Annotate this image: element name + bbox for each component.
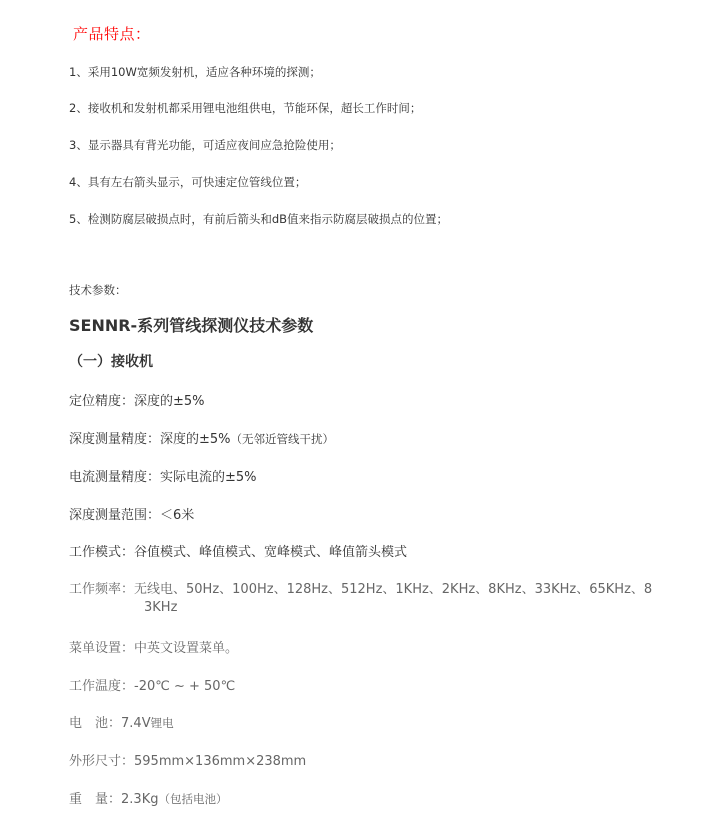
spec-value: 2.3Kg — [121, 792, 158, 807]
spec-value: 实际电流的±5% — [160, 470, 257, 485]
spec-battery: 电 池：7.4V锂电 — [69, 712, 174, 731]
spec-value: 中英文设置菜单。 — [134, 641, 238, 656]
spec-value: ＜6米 — [160, 508, 194, 523]
spec-value: -20℃ ~ + 50℃ — [134, 679, 235, 694]
spec-work-frequency-continued: 3KHz — [144, 600, 177, 615]
feature-item: 2、接收机和发射机都采用锂电池组供电，节能环保，超长工作时间； — [69, 100, 421, 116]
spec-document-title: SENNR-系列管线探测仪技术参数 — [69, 313, 313, 336]
spec-work-frequency: 工作频率：无线电、50Hz、100Hz、128Hz、512Hz、1KHz、2KH… — [69, 578, 652, 597]
feature-item: 1、采用10W宽频发射机，适应各种环境的探测； — [69, 64, 321, 80]
spec-dimensions: 外形尺寸：595mm×136mm×238mm — [69, 750, 306, 769]
spec-key: 定位精度： — [69, 394, 134, 409]
spec-value: 深度的±5% — [160, 432, 231, 447]
feature-item: 5、检测防腐层破损点时，有前后箭头和dB值来指示防腐层破损点的位置； — [69, 211, 448, 227]
spec-key: 工作频率： — [69, 582, 134, 597]
spec-note: （无邻近管线干扰） — [231, 432, 335, 446]
feature-item: 3、显示器具有背光功能，可适应夜间应急抢险使用； — [69, 137, 341, 153]
spec-value: 深度的±5% — [134, 394, 205, 409]
spec-key: 深度测量范围： — [69, 508, 160, 523]
spec-depth-accuracy: 深度测量精度：深度的±5%（无邻近管线干扰） — [69, 428, 334, 447]
spec-work-temperature: 工作温度：-20℃ ~ + 50℃ — [69, 675, 235, 694]
spec-note: 锂电 — [151, 716, 174, 730]
spec-value: 无线电、50Hz、100Hz、128Hz、512Hz、1KHz、2KHz、8KH… — [134, 582, 652, 597]
spec-depth-range: 深度测量范围：＜6米 — [69, 504, 194, 523]
tech-params-label: 技术参数： — [69, 282, 127, 298]
spec-key: 工作模式： — [69, 545, 134, 560]
feature-item: 4、具有左右箭头显示，可快速定位管线位置； — [69, 174, 306, 190]
spec-key: 外形尺寸： — [69, 754, 134, 769]
spec-key: 重 量： — [69, 792, 121, 807]
spec-value: 595mm×136mm×238mm — [134, 754, 306, 769]
features-title: 产品特点： — [73, 23, 151, 44]
spec-work-mode: 工作模式：谷值模式、峰值模式、宽峰模式、峰值箭头模式 — [69, 541, 407, 560]
spec-value: 谷值模式、峰值模式、宽峰模式、峰值箭头模式 — [134, 545, 407, 560]
spec-key: 电流测量精度： — [69, 470, 160, 485]
spec-key: 深度测量精度： — [69, 432, 160, 447]
spec-positioning-accuracy: 定位精度：深度的±5% — [69, 390, 205, 409]
spec-menu-setting: 菜单设置：中英文设置菜单。 — [69, 637, 238, 656]
receiver-section-title: （一）接收机 — [69, 351, 153, 371]
spec-value: 7.4V — [121, 716, 151, 731]
spec-current-accuracy: 电流测量精度：实际电流的±5% — [69, 466, 257, 485]
spec-key: 菜单设置： — [69, 641, 134, 656]
spec-key: 工作温度： — [69, 679, 134, 694]
spec-key: 电 池： — [69, 716, 121, 731]
spec-weight: 重 量：2.3Kg（包括电池） — [69, 788, 227, 807]
spec-note: （包括电池） — [158, 792, 227, 806]
